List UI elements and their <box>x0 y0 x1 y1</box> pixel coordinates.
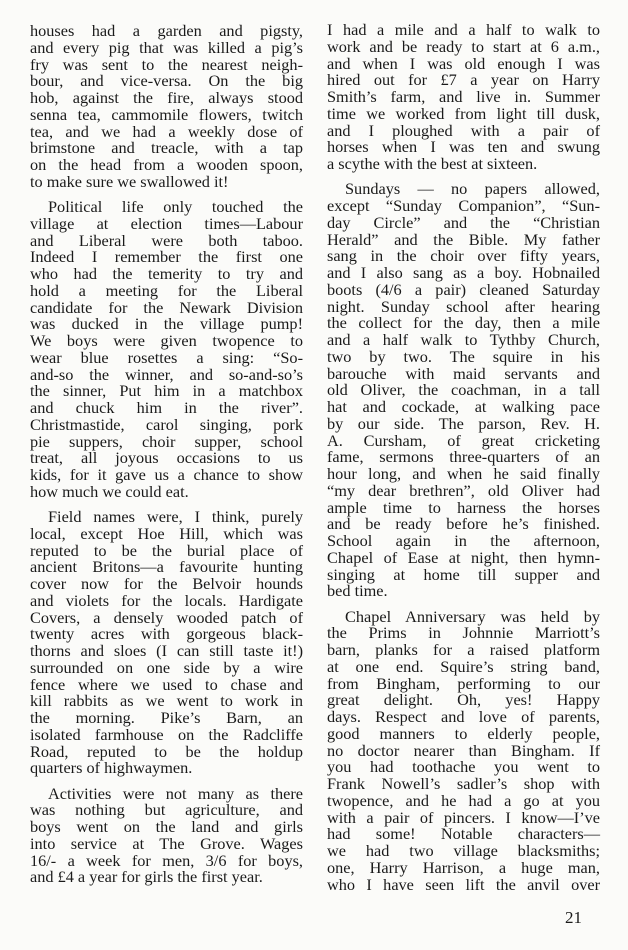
text-line: one, Harry Harrison, a huge man, <box>327 860 600 877</box>
book-page: houses had a garden and pigsty,and every… <box>0 0 628 950</box>
text-line: to make sure we swallowed it! <box>30 174 303 191</box>
text-line: twopence, and he had a go at you <box>327 793 600 810</box>
text-line: local, except Hoe Hill, which was <box>30 526 303 543</box>
text-line: bed time. <box>327 583 600 600</box>
right-text-column: I had a mile and a half to walk towork a… <box>327 22 600 902</box>
paragraph: Political life only touched thevillage a… <box>30 199 303 501</box>
text-line: at one end. Squire’s string band, <box>327 659 600 676</box>
left-text-column: houses had a garden and pigsty,and every… <box>30 23 303 895</box>
text-line: how much we could eat. <box>30 484 303 501</box>
text-line: and every pig that was killed a pig’s <box>30 40 303 57</box>
text-line: good manners to elderly people, <box>327 726 600 743</box>
text-line: a scythe with the best at sixteen. <box>327 156 600 173</box>
text-line: day Circle” and the “Christian <box>327 215 600 232</box>
text-line: by our side. The parson, Rev. H. <box>327 416 600 433</box>
page-number: 21 <box>565 908 582 928</box>
text-line: senna tea, cammomile flowers, twitch <box>30 107 303 124</box>
text-line: two by two. The squire in his <box>327 349 600 366</box>
text-line: “my dear brethren”, old Oliver had <box>327 483 600 500</box>
paragraph: Sundays — no papers allowed,except “Sund… <box>327 181 600 600</box>
text-line: Christmastide, carol singing, pork <box>30 417 303 434</box>
text-line: and £4 a year for girls the first year. <box>30 869 303 886</box>
paragraph: Chapel Anniversary was held bythe Prims … <box>327 609 600 894</box>
text-line: isolated farmhouse on the Radcliffe <box>30 727 303 744</box>
paragraph: houses had a garden and pigsty,and every… <box>30 23 303 191</box>
text-line: village at election times—Labour <box>30 216 303 233</box>
text-line: boots (4/6 a pair) cleaned Saturday <box>327 282 600 299</box>
text-line: quarters of highwaymen. <box>30 760 303 777</box>
text-line: Chapel of Ease at night, then hymn- <box>327 550 600 567</box>
text-line: into service at The Grove. Wages <box>30 836 303 853</box>
text-line: work and be ready to start at 6 a.m., <box>327 39 600 56</box>
text-line: who I have seen lift the anvil over <box>327 877 600 894</box>
text-line: time we worked from light till dusk, <box>327 106 600 123</box>
text-line: and violets for the locals. Hardigate <box>30 593 303 610</box>
text-line: hold a meeting for the Liberal <box>30 283 303 300</box>
paragraph: Field names were, I think, purelylocal, … <box>30 509 303 777</box>
paragraph: Activities were not many as therewas not… <box>30 786 303 887</box>
text-line: surrounded on one side by a wire <box>30 660 303 677</box>
paragraph: I had a mile and a half to walk towork a… <box>327 22 600 173</box>
text-line: wear blue rosettes a sing: “So- <box>30 350 303 367</box>
